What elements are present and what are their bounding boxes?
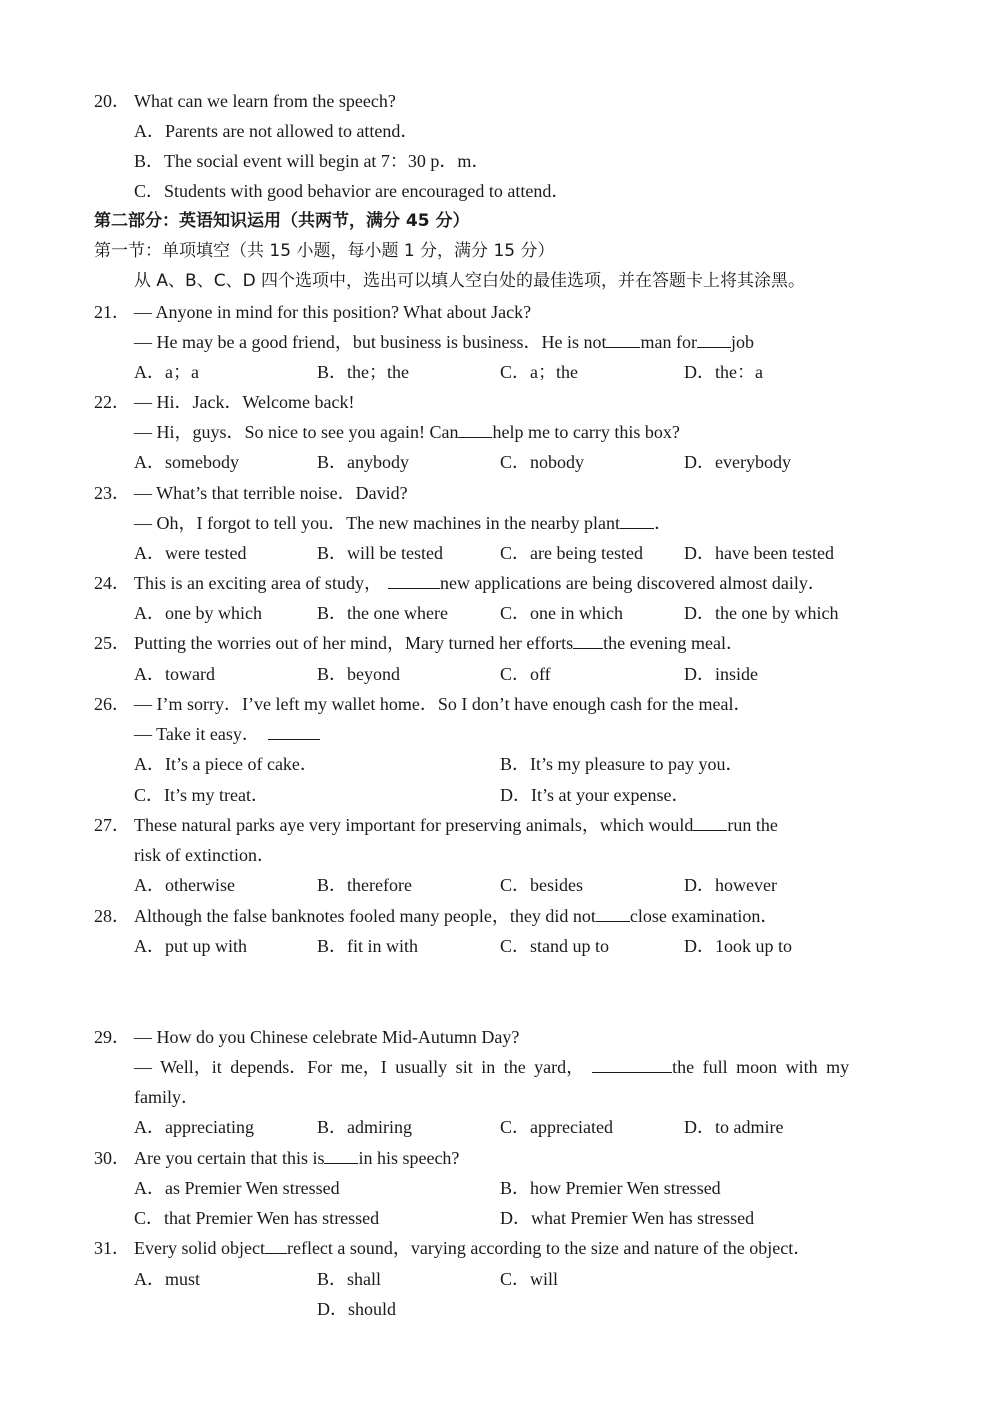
- option-d: D．however: [684, 870, 777, 900]
- option-c: C．appreciated: [500, 1112, 613, 1142]
- option-d: D．the：a: [684, 357, 763, 387]
- answer-blank: [620, 512, 654, 529]
- answer-blank: [458, 421, 492, 438]
- option-b: B．The social event will begin at 7：30 p．…: [134, 146, 489, 176]
- option-d: D．what Premier Wen has stressed: [500, 1203, 754, 1233]
- question-number: 20．: [94, 86, 130, 116]
- question-number: 29．: [94, 1022, 130, 1052]
- question-stem: Putting the worries out of her mind，Mary…: [134, 628, 744, 658]
- question-stem: Every solid objectreflect a sound，varyin…: [134, 1233, 811, 1263]
- option-b: B．will be tested: [317, 538, 443, 568]
- answer-blank: [265, 1237, 287, 1254]
- option-a: A．as Premier Wen stressed: [134, 1173, 340, 1203]
- option-c: C．It’s my treat．: [134, 780, 269, 810]
- option-c: C．a；the: [500, 357, 578, 387]
- question-number: 30．: [94, 1143, 130, 1173]
- option-b: B．anybody: [317, 447, 409, 477]
- option-b: B．therefore: [317, 870, 412, 900]
- dialogue-line-2: — Oh，I forgot to tell you．The new machin…: [134, 508, 672, 538]
- option-a: A．were tested: [134, 538, 246, 568]
- question-number: 27．: [94, 810, 130, 840]
- question-stem: These natural parks aye very important f…: [134, 810, 778, 840]
- option-a: A．one by which: [134, 598, 262, 628]
- question-number: 31．: [94, 1233, 130, 1263]
- answer-blank: [324, 1147, 358, 1164]
- question-number: 23．: [94, 478, 130, 508]
- option-d: D．have been tested: [684, 538, 834, 568]
- option-a: A．otherwise: [134, 870, 235, 900]
- answer-blank: [693, 814, 727, 831]
- dialogue-line-2: — Well，it depends．For me，I usually sit i…: [134, 1052, 849, 1082]
- question-number: 21．: [94, 297, 130, 327]
- dialogue-line-3: family．: [134, 1082, 199, 1112]
- option-b: B．the one where: [317, 598, 448, 628]
- option-c: C．are being tested: [500, 538, 643, 568]
- dialogue-line-1: — Hi．Jack．Welcome back!: [134, 387, 354, 417]
- answer-blank: [268, 723, 320, 740]
- option-d: D．1ook up to: [684, 931, 792, 961]
- answer-blank: [573, 632, 603, 649]
- option-c: C．nobody: [500, 447, 584, 477]
- option-b: B．how Premier Wen stressed: [500, 1173, 721, 1203]
- option-d: D．the one by which: [684, 598, 838, 628]
- option-c: C．one in which: [500, 598, 623, 628]
- option-c: C．that Premier Wen has stressed: [134, 1203, 379, 1233]
- option-b: B．shall: [317, 1264, 381, 1294]
- option-c: C．Students with good behavior are encour…: [134, 176, 569, 206]
- question-stem: Although the false banknotes fooled many…: [134, 901, 778, 931]
- answer-blank: [697, 331, 731, 348]
- option-a: A．appreciating: [134, 1112, 254, 1142]
- dialogue-line-2: — Hi，guys．So nice to see you again! Canh…: [134, 417, 680, 447]
- dialogue-line-1: — How do you Chinese celebrate Mid-Autum…: [134, 1022, 519, 1052]
- question-stem: Are you certain that this isin his speec…: [134, 1143, 459, 1173]
- option-c: C．besides: [500, 870, 583, 900]
- question-number: 22．: [94, 387, 130, 417]
- question-stem: What can we learn from the speech?: [134, 86, 396, 116]
- option-c: C．stand up to: [500, 931, 609, 961]
- question-number: 26．: [94, 689, 130, 719]
- option-d: D．inside: [684, 659, 758, 689]
- option-a: A．a；a: [134, 357, 199, 387]
- option-a: A．must: [134, 1264, 200, 1294]
- section-title: 第一节：单项填空（共 15 小题，每小题 1 分，满分 15 分）: [94, 236, 555, 266]
- dialogue-line-2: — He may be a good friend，but business i…: [134, 327, 754, 357]
- dialogue-line-1: — Anyone in mind for this position? What…: [134, 297, 531, 327]
- question-stem-continued: risk of extinction．: [134, 840, 275, 870]
- option-b: B．the；the: [317, 357, 409, 387]
- question-number: 24．: [94, 568, 130, 598]
- instructions: 从 A、B、C、D 四个选项中，选出可以填人空白处的最佳选项，并在答题卡上将其涂…: [134, 266, 805, 296]
- option-b: B．admiring: [317, 1112, 412, 1142]
- option-b: B．It’s my pleasure to pay you．: [500, 749, 743, 779]
- option-c: C．off: [500, 659, 551, 689]
- dialogue-line-1: — I’m sorry．I’ve left my wallet home．So …: [134, 689, 752, 719]
- option-b: B．beyond: [317, 659, 400, 689]
- option-d: D．to admire: [684, 1112, 783, 1142]
- question-number: 28．: [94, 901, 130, 931]
- question-number: 25．: [94, 628, 130, 658]
- option-d: D．should: [317, 1294, 396, 1324]
- option-d: D．It’s at your expense．: [500, 780, 689, 810]
- option-a: A．put up with: [134, 931, 247, 961]
- answer-blank: [592, 1056, 672, 1073]
- answer-blank: [596, 905, 630, 922]
- answer-blank: [606, 331, 640, 348]
- option-a: A．somebody: [134, 447, 239, 477]
- option-b: B．fit in with: [317, 931, 418, 961]
- question-stem: This is an exciting area of study，new ap…: [134, 568, 826, 598]
- dialogue-line-1: — What’s that terrible noise．David?: [134, 478, 408, 508]
- option-d: D．everybody: [684, 447, 791, 477]
- dialogue-line-2: — Take it easy．: [134, 719, 320, 749]
- option-a: A．It’s a piece of cake．: [134, 749, 318, 779]
- answer-blank: [388, 572, 440, 589]
- option-c: C．will: [500, 1264, 558, 1294]
- part-title: 第二部分：英语知识运用（共两节，满分 45 分）: [94, 206, 470, 236]
- option-a: A．Parents are not allowed to attend．: [134, 116, 418, 146]
- option-a: A．toward: [134, 659, 215, 689]
